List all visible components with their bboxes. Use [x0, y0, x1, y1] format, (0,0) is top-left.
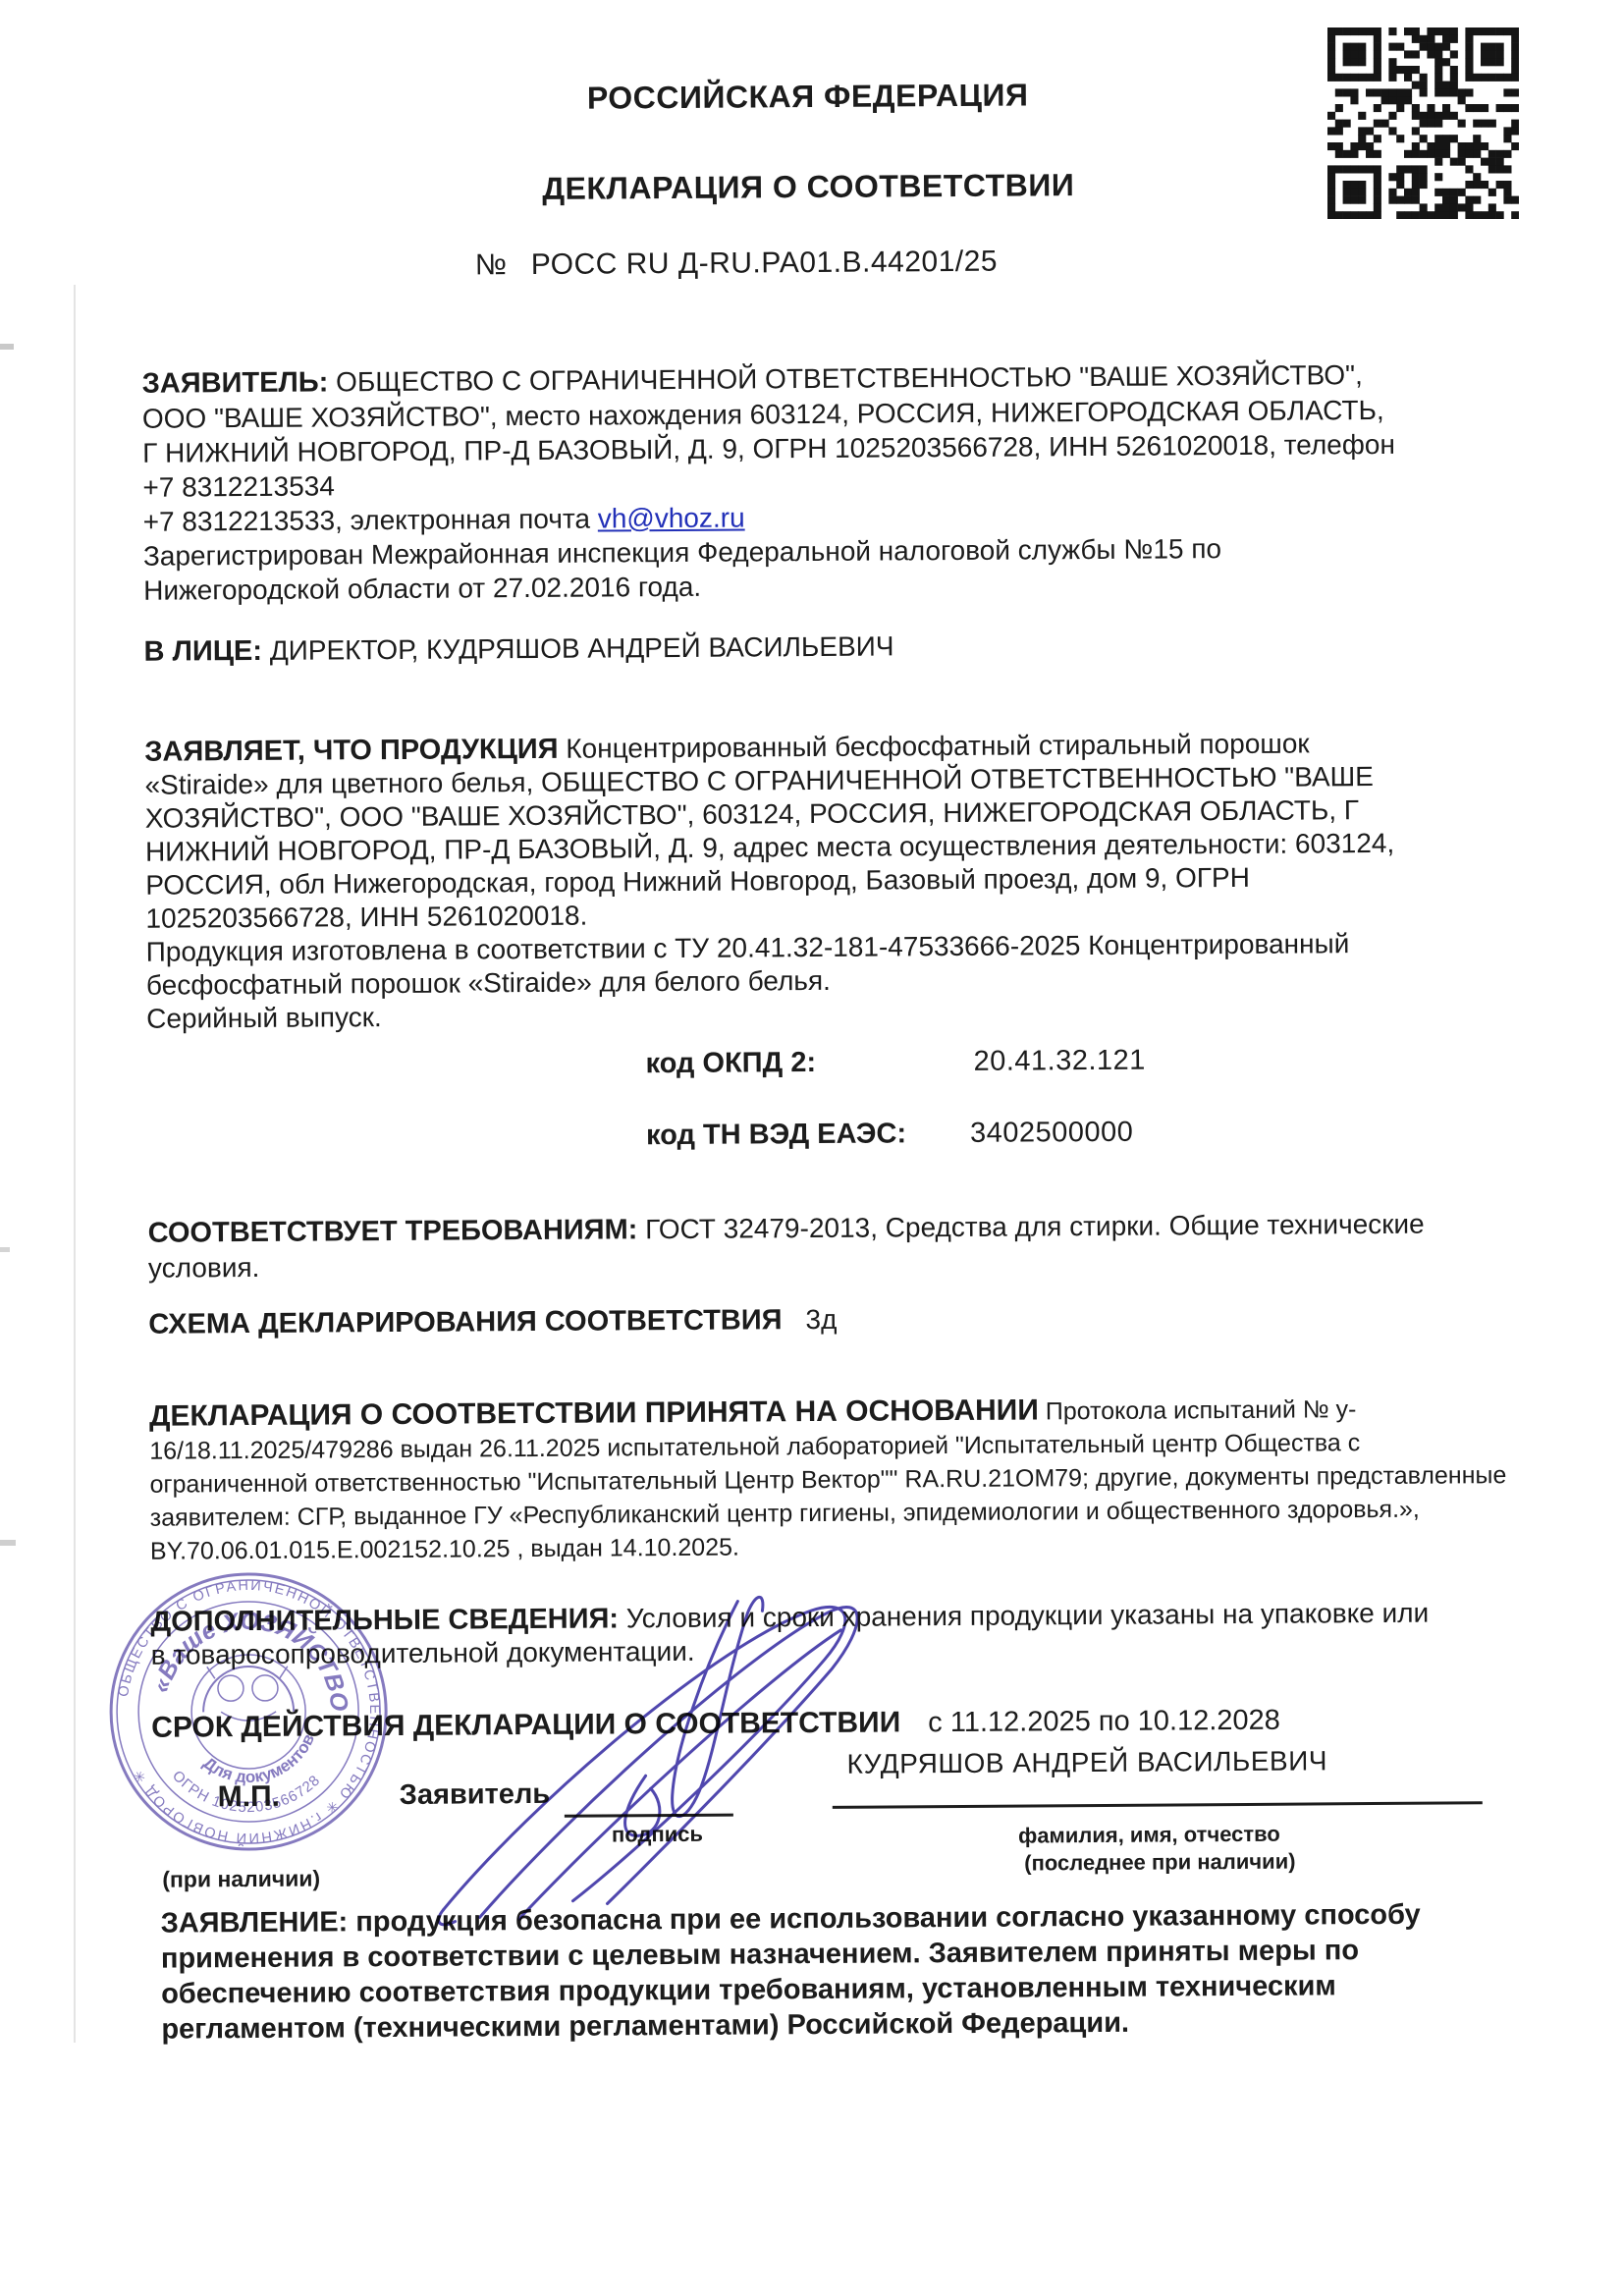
- tnved-code-value: 3402500000: [970, 1117, 1134, 1150]
- applicant-section: ЗАЯВИТЕЛЬ: ОБЩЕСТВО С ОГРАНИЧЕННОЙ ОТВЕТ…: [141, 322, 1530, 608]
- svg-text:Для документов: Для документов: [199, 1731, 318, 1787]
- declaration-document: РОССИЙСКАЯ ФЕДЕРАЦИЯ ДЕКЛАРАЦИЯ О СООТВЕ…: [0, 0, 1623, 2296]
- person-label: В ЛИЦЕ:: [143, 635, 262, 668]
- applicant-text: ОБЩЕСТВО С ОГРАНИЧЕННОЙ ОТВЕТСТВЕННОСТЬЮ…: [142, 359, 1395, 537]
- name-caption: фамилия, имя, отчество: [1018, 1822, 1280, 1849]
- signatory-name: КУДРЯШОВ АНДРЕЙ ВАСИЛЬЕВИЧ: [846, 1745, 1327, 1779]
- stamp-note: (при наличии): [162, 1866, 320, 1893]
- product-section: ЗАЯВЛЯЕТ, ЧТО ПРОДУКЦИЯ Концентрированны…: [144, 692, 1533, 1036]
- statement-label: ЗАЯВЛЕНИЕ:: [161, 1906, 349, 1939]
- scheme-label: СХЕМА ДЕКЛАРИРОВАНИЯ СООТВЕТСТВИЯ: [148, 1304, 782, 1340]
- declaration-number: РОСС RU Д-RU.РА01.В.44201/25: [531, 246, 998, 282]
- handwritten-signature: [423, 1583, 879, 1932]
- person-text: ДИРЕКТОР, КУДРЯШОВ АНДРЕЙ ВАСИЛЬЕВИЧ: [262, 630, 894, 665]
- name-note: (последнее при наличии): [1024, 1849, 1295, 1877]
- validity-dates: с 11.12.2025 по 10.12.2028: [928, 1705, 1280, 1739]
- basis-label: ДЕКЛАРАЦИЯ О СООТВЕТСТВИИ ПРИНЯТА НА ОСН…: [149, 1394, 1039, 1432]
- okpd-code-label: код ОКПД 2:: [645, 1047, 816, 1080]
- page-title: РОССИЙСКАЯ ФЕДЕРАЦИЯ: [0, 73, 1623, 121]
- stamp-purpose-text: Для документов: [199, 1731, 318, 1787]
- company-round-stamp: ОБЩЕСТВО С ОГРАНИЧЕННОЙ ОТВЕТСТВЕННОСТЬЮ…: [104, 1567, 393, 1856]
- email-link[interactable]: vh@vhoz.ru: [598, 502, 745, 533]
- applicant-label: ЗАЯВИТЕЛЬ:: [142, 366, 329, 399]
- document-title: ДЕКЛАРАЦИЯ О СООТВЕТСТВИИ: [0, 163, 1623, 211]
- product-label: ЗАЯВЛЯЕТ, ЧТО ПРОДУКЦИЯ: [144, 734, 558, 768]
- compliance-section: СООТВЕТСТВУЕТ ТРЕБОВАНИЯМ: ГОСТ 32479-20…: [147, 1171, 1535, 1286]
- person-section: В ЛИЦЕ: ДИРЕКТОР, КУДРЯШОВ АНДРЕЙ ВАСИЛЬ…: [143, 590, 1530, 670]
- compliance-label: СООТВЕТСТВУЕТ ТРЕБОВАНИЯМ:: [148, 1214, 638, 1248]
- number-sign: №: [475, 248, 507, 282]
- okpd-code-value: 20.41.32.121: [973, 1045, 1146, 1078]
- product-text: Концентрированный бесфосфатный стиральны…: [144, 728, 1394, 1033]
- basis-section: ДЕКЛАРАЦИЯ О СООТВЕТСТВИИ ПРИНЯТА НА ОСН…: [149, 1357, 1537, 1568]
- name-line: [833, 1801, 1483, 1809]
- scheme-section: СХЕМА ДЕКЛАРИРОВАНИЯ СООТВЕТСТВИЯ3д: [148, 1297, 1535, 1342]
- document-content: РОССИЙСКАЯ ФЕДЕРАЦИЯ ДЕКЛАРАЦИЯ О СООТВЕ…: [0, 0, 1623, 2296]
- scheme-value: 3д: [805, 1304, 837, 1335]
- tnved-code-label: код ТН ВЭД ЕАЭС:: [646, 1118, 906, 1152]
